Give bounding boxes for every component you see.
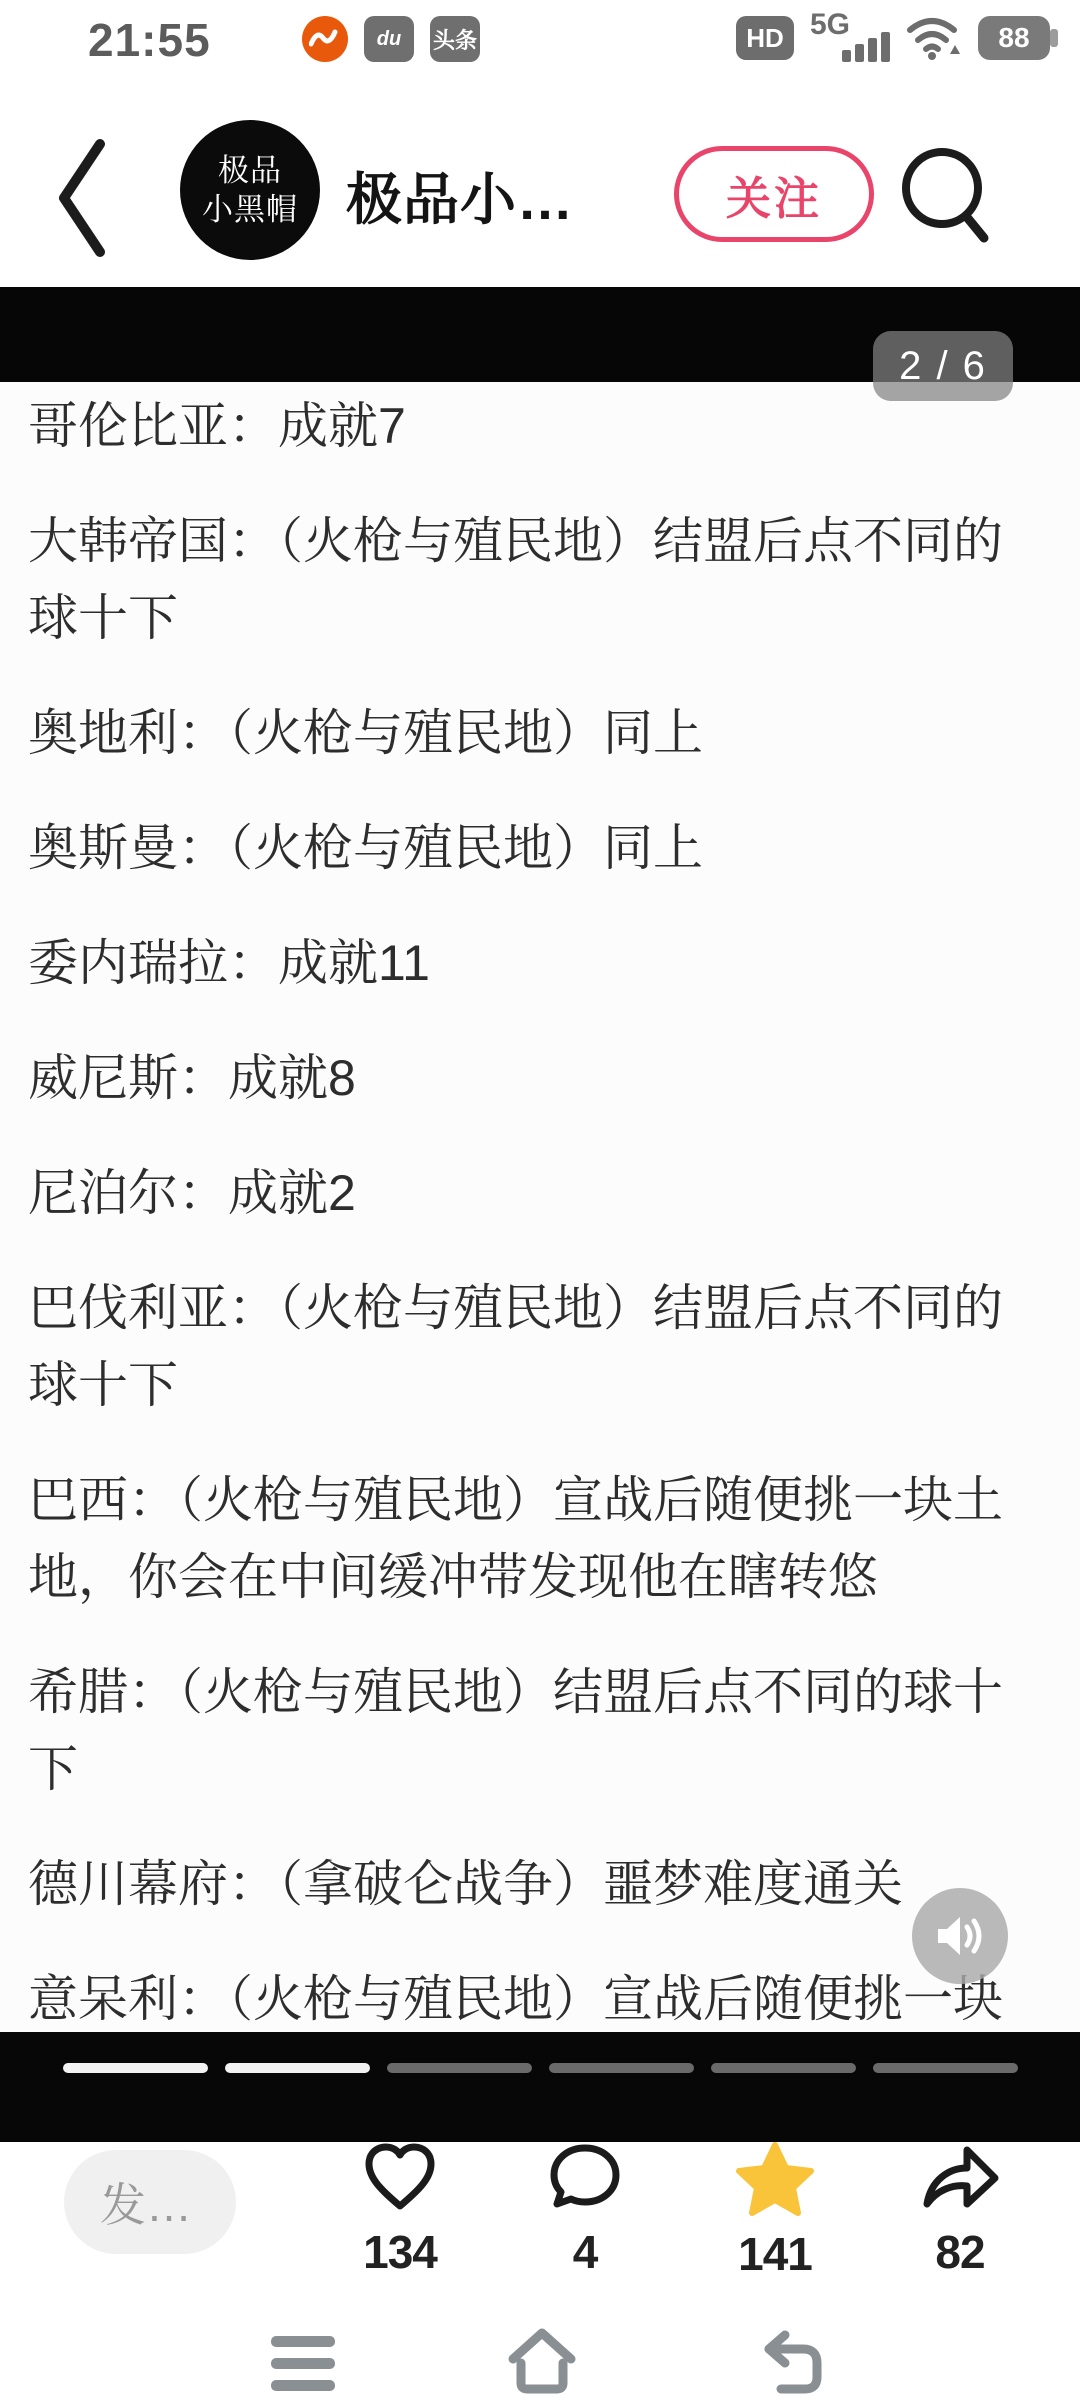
status-bar: 21:55 du 头条 HD 5G [0,0,1080,76]
toutiao-app-icon: 头条 [430,16,480,62]
progress-segment[interactable] [873,2063,1018,2073]
notification-icons: du 头条 [302,16,480,62]
comment-bubble-icon [547,2142,623,2214]
progress-segment[interactable] [225,2063,370,2073]
progress-segment[interactable] [549,2063,694,2073]
battery-level: 88 [978,16,1050,60]
home-icon[interactable] [505,2325,579,2395]
flame-app-icon [302,16,348,62]
heart-icon [361,2142,439,2214]
battery-icon: 88 [978,16,1062,60]
hd-icon: HD [736,16,794,60]
like-count: 134 [320,2225,480,2279]
post-text-content: 哥伦比亚：成就7大韩帝国：（火枪与殖民地）结盟后点不同的 球十下奥地利：（火枪与… [0,382,1080,2032]
content-paragraph: 希腊：（火枪与殖民地）结盟后点不同的球十 下 [28,1654,1052,1808]
comment-button[interactable]: 4 [505,2142,665,2279]
share-count: 82 [880,2225,1040,2279]
action-bar: 发… 134 4 141 82 [0,2142,1080,2315]
follow-button[interactable]: 关注 [674,146,874,242]
avatar-text-line1: 极品 [180,152,320,189]
avatar[interactable]: 极品 小黑帽 [180,120,320,260]
header: 极品 小黑帽 极品小… 关注 [0,76,1080,287]
page-indicator-badge: 2 / 6 [873,331,1013,401]
signal-bars-icon [842,32,890,62]
mute-toggle-button[interactable] [912,1888,1008,1984]
du-search-app-icon: du [364,16,414,62]
recent-apps-icon[interactable] [271,2336,335,2391]
like-button[interactable]: 134 [320,2142,480,2279]
speaker-icon [934,1912,986,1960]
video-progress-bar[interactable] [0,2032,1080,2142]
content-paragraph: 奥斯曼：（火枪与殖民地）同上 [28,810,1052,887]
content-paragraph: 德川幕府：（拿破仑战争）噩梦难度通关 [28,1846,1052,1923]
share-button[interactable]: 82 [880,2142,1040,2279]
content-paragraph: 威尼斯：成就8 [28,1040,1052,1117]
search-icon[interactable] [896,142,996,252]
wifi-icon [906,14,962,62]
favorite-button[interactable]: 141 [695,2142,855,2281]
progress-segment[interactable] [387,2063,532,2073]
back-icon[interactable] [52,134,108,262]
content-paragraph: 奥地利：（火枪与殖民地）同上 [28,695,1052,772]
star-icon [735,2142,815,2216]
content-paragraph: 尼泊尔：成就2 [28,1155,1052,1232]
progress-segment[interactable] [63,2063,208,2073]
danmaku-input[interactable]: 发… [64,2150,236,2254]
phone-screen: 21:55 du 头条 HD 5G [0,0,1080,2408]
content-paragraph: 委内瑞拉：成就11 [28,925,1052,1002]
username[interactable]: 极品小… [346,156,574,236]
clock: 21:55 [88,13,211,67]
avatar-text-line2: 小黑帽 [180,191,320,228]
favorite-count: 141 [695,2227,855,2281]
comment-count: 4 [505,2225,665,2279]
content-paragraph: 意呆利：（火枪与殖民地）宣战后随便挑一块 [28,1961,1052,2032]
content-paragraph: 巴伐利亚：（火枪与殖民地）结盟后点不同的 球十下 [28,1270,1052,1424]
share-arrow-icon [919,2142,1001,2214]
content-paragraph: 巴西：（火枪与殖民地）宣战后随便挑一块土 地，你会在中间缓冲带发现他在瞎转悠 [28,1462,1052,1616]
content-paragraph: 大韩帝国：（火枪与殖民地）结盟后点不同的 球十下 [28,503,1052,657]
android-nav-bar [0,2315,1080,2408]
status-indicators: HD 5G 88 [736,12,1062,64]
cellular-signal-icon: 5G [810,12,890,64]
progress-segment[interactable] [711,2063,856,2073]
back-nav-icon[interactable] [755,2327,829,2397]
